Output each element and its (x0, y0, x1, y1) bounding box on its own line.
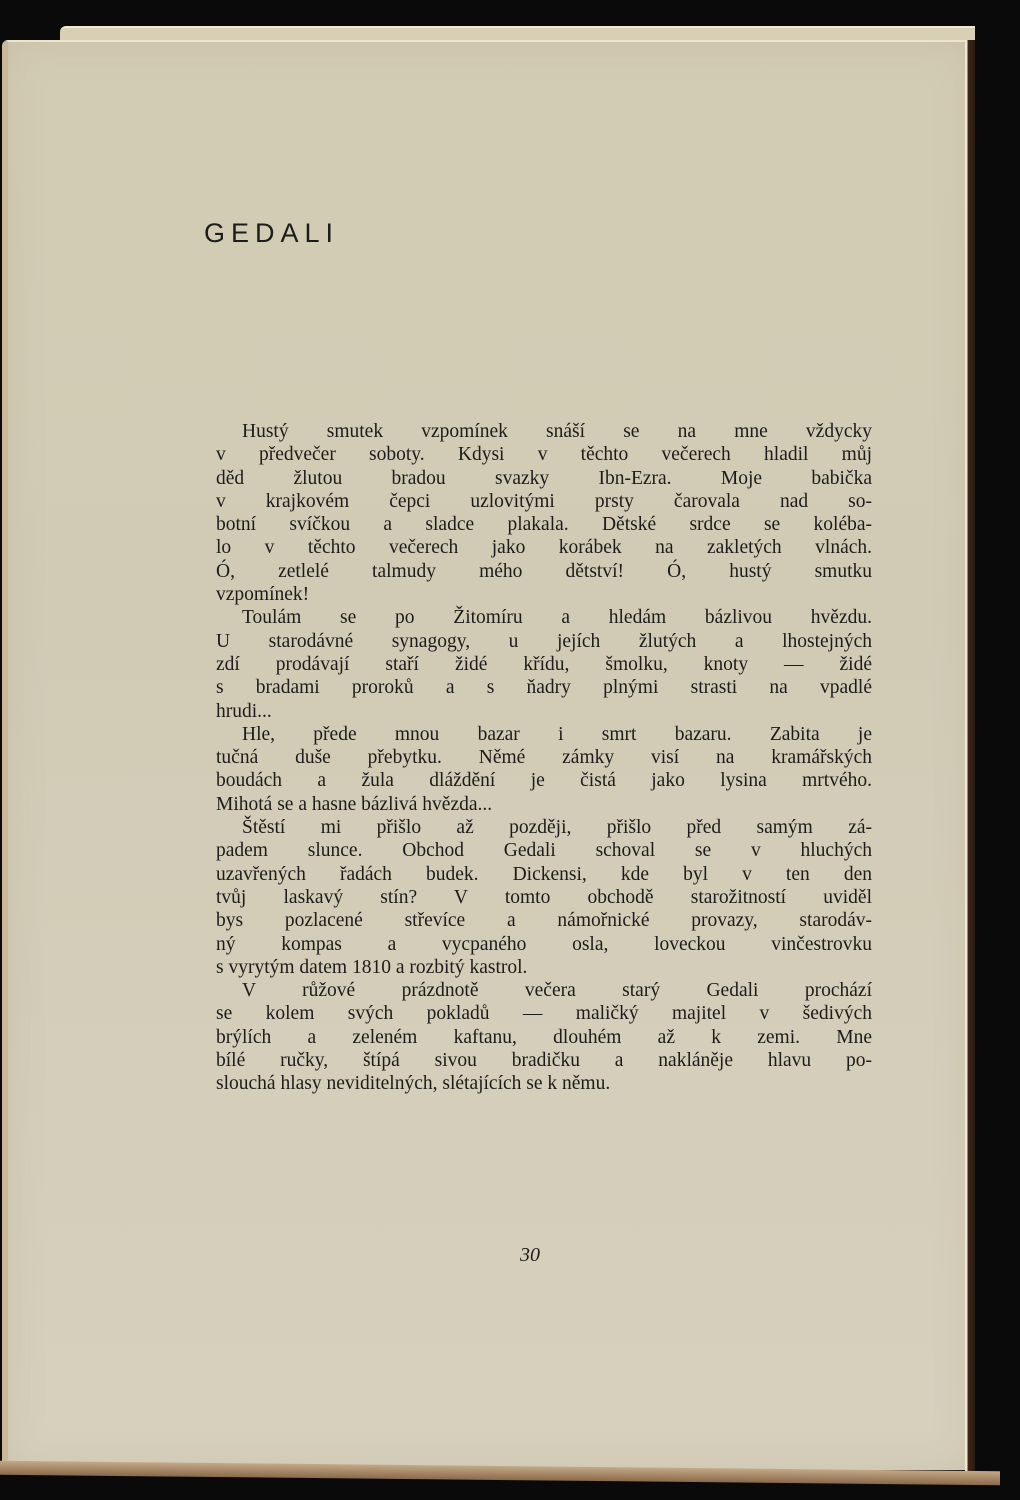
chapter-title: GEDALI (204, 218, 339, 249)
text-line: děd žlutou bradou svazky Ibn-Ezra. Moje … (216, 467, 872, 490)
paragraph: Hustý smutek vzpomínek snáší se na mne v… (216, 420, 872, 606)
text-line: Hustý smutek vzpomínek snáší se na mne v… (216, 420, 872, 443)
text-line: v krajkovém čepci uzlovitými prsty čarov… (216, 490, 872, 513)
text-line: bys pozlacené střevíce a námořnické prov… (216, 909, 872, 932)
text-line: brýlích a zeleném kaftanu, dlouhém až k … (216, 1026, 872, 1049)
text-line: hrudi... (216, 700, 872, 723)
text-line: se kolem svých pokladů — maličký majitel… (216, 1002, 872, 1025)
text-line: v předvečer soboty. Kdysi v těchto večer… (216, 443, 872, 466)
text-line: Toulám se po Žitomíru a hledám bázlivou … (216, 606, 872, 629)
text-line: s vyrytým datem 1810 a rozbitý kastrol. (216, 956, 872, 979)
page-right-edge (965, 40, 975, 1480)
text-line: bílé ručky, štípá sivou bradičku a naklá… (216, 1049, 872, 1072)
text-line: Hle, přede mnou bazar i smrt bazaru. Zab… (216, 723, 872, 746)
text-line: uzavřených řadách budek. Dickensi, kde b… (216, 863, 872, 886)
text-line: botní svíčkou a sladce plakala. Dětské s… (216, 513, 872, 536)
body-text: Hustý smutek vzpomínek snáší se na mne v… (216, 420, 872, 1096)
text-line: vzpomínek! (216, 583, 872, 606)
text-line: U starodávné synagogy, u jejích žlutých … (216, 630, 872, 653)
text-line: ný kompas a vycpaného osla, loveckou vin… (216, 933, 872, 956)
text-line: boudách a žula dláždění je čistá jako ly… (216, 769, 872, 792)
text-line: tučná duše přebytku. Němé zámky visí na … (216, 746, 872, 769)
text-line: V růžové prázdnotě večera starý Gedali p… (216, 979, 872, 1002)
paragraph: Hle, přede mnou bazar i smrt bazaru. Zab… (216, 723, 872, 816)
text-line: Ó, zetlelé talmudy mého dětství! Ó, hust… (216, 560, 872, 583)
page-number: 30 (520, 1244, 540, 1267)
text-line: Mihotá se a hasne bázlivá hvězda... (216, 793, 872, 816)
paragraph: Štěstí mi přišlo až později, přišlo před… (216, 816, 872, 979)
text-line: zdí prodávají staří židé křídu, šmolku, … (216, 653, 872, 676)
paragraph: V růžové prázdnotě večera starý Gedali p… (216, 979, 872, 1095)
text-line: s bradami proroků a s ňadry plnými stras… (216, 676, 872, 699)
text-line: lo v těchto večerech jako korábek na zak… (216, 536, 872, 559)
text-line: slouchá hlasy neviditelných, slétajících… (216, 1072, 872, 1095)
text-line: padem slunce. Obchod Gedali schoval se v… (216, 839, 872, 862)
text-line: tvůj laskavý stín? V tomto obchodě staro… (216, 886, 872, 909)
paragraph: Toulám se po Žitomíru a hledám bázlivou … (216, 606, 872, 722)
text-line: Štěstí mi přišlo až později, přišlo před… (216, 816, 872, 839)
scan-background (975, 0, 1020, 1500)
